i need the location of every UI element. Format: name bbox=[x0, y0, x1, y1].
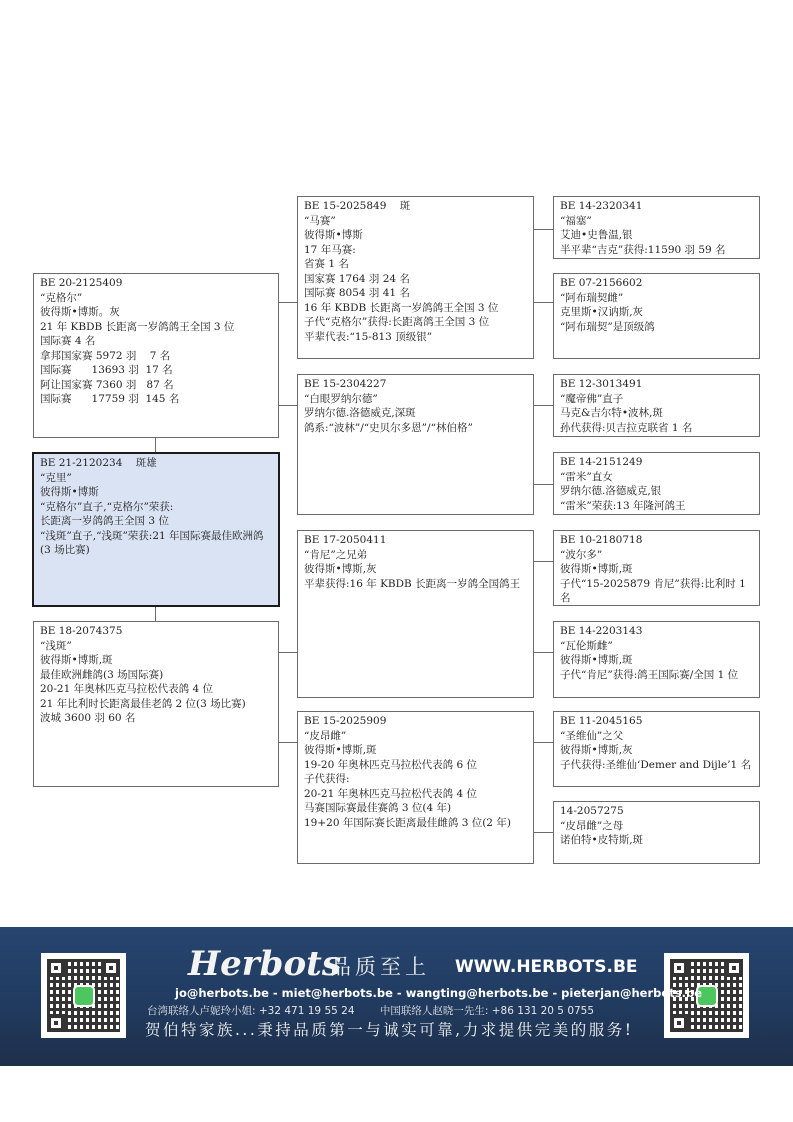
bird-name: “马赛” bbox=[304, 214, 527, 229]
contact-emails[interactable]: jo@herbots.be - miet@herbots.be - wangti… bbox=[175, 986, 702, 1000]
breeder: 诺伯特•皮特斯,斑 bbox=[560, 833, 753, 848]
result: 子代“克格尔”获得:长距离鸽王全国 3 位 bbox=[304, 315, 527, 330]
result: 21 年比利时长距离最佳老鸽 2 位(3 场比赛) bbox=[40, 697, 272, 712]
connector-ss-dam bbox=[533, 302, 553, 303]
bird-name: “圣维仙”之父 bbox=[560, 729, 753, 744]
connector-subject-to-dam bbox=[155, 606, 156, 622]
breeder: 罗纳尔德.洛德威克,深斑 bbox=[304, 406, 527, 421]
breeder: 克里斯•汉讷斯,灰 bbox=[560, 305, 753, 320]
connector-sd-dam bbox=[533, 484, 553, 485]
qr-finder-icon bbox=[725, 959, 743, 977]
qr-pattern bbox=[47, 959, 120, 1032]
result: “阿布瑞契”是顶级鸽 bbox=[560, 320, 753, 335]
contact-taiwan: 台湾联络人卢妮玲小姐: +32 471 19 55 24 bbox=[147, 1005, 355, 1017]
pedigree-card-dam-sire: BE 17-2050411 “肯尼”之兄弟 彼得斯•博斯,灰 平辈获得:16 年… bbox=[297, 530, 534, 698]
bird-name: “波尔多” bbox=[560, 548, 753, 563]
pedigree-card-ds-sire: BE 10-2180718 “波尔多” 彼得斯•博斯,斑 子代“15-20258… bbox=[553, 530, 760, 606]
result: 17 年马赛: bbox=[304, 243, 527, 258]
contact-phones: 台湾联络人卢妮玲小姐: +32 471 19 55 24 中国联络人赵晓一先生:… bbox=[147, 1003, 616, 1018]
bird-name: “阿布瑞契雌” bbox=[560, 291, 753, 306]
pedigree-card-ds-dam: BE 14-2203143 “瓦伦斯雌” 彼得斯•博斯,斑 子代“肯尼”获得:鸽… bbox=[553, 621, 760, 698]
bird-name: “克里” bbox=[40, 471, 272, 486]
connector-dam-to-dam-sire bbox=[278, 652, 297, 653]
result: 波城 3600 羽 60 名 bbox=[40, 711, 272, 726]
ring-number: BE 10-2180718 bbox=[560, 533, 753, 548]
result: 平辈代表:“15-813 顶级银” bbox=[304, 330, 527, 345]
bird-name: “瓦伦斯雌” bbox=[560, 639, 753, 654]
bird-name: “福塞” bbox=[560, 214, 753, 229]
pedigree-card-sire: BE 20-2125409 “克格尔” 彼得斯•博斯。灰 21 年 KBDB 长… bbox=[33, 273, 279, 438]
pedigree-card-dam-dam: BE 15-2025909 “皮昂雌” 彼得斯•博斯,斑 19-20 年奥林匹克… bbox=[297, 711, 534, 864]
bird-name: “皮昂雌” bbox=[304, 729, 527, 744]
ring-number: BE 14-2320341 bbox=[560, 199, 753, 214]
breeder: 彼得斯•博斯,斑 bbox=[40, 653, 272, 668]
connector-ds-dam bbox=[533, 652, 553, 653]
result: “浅斑”直子,“浅斑”荣获:21 年国际赛最佳欧洲鸽(3 场比赛) bbox=[40, 529, 272, 558]
result: 国际赛 8054 羽 41 名 bbox=[304, 286, 527, 301]
result: 半平辈“吉克”获得:11590 羽 59 名 bbox=[560, 243, 753, 258]
result: “雷米”荣获:13 年隆河鸽王 bbox=[560, 499, 753, 514]
website-link[interactable]: WWW.HERBOTS.BE bbox=[455, 957, 638, 977]
result: 孙代获得:贝吉拉克联省 1 名 bbox=[560, 421, 753, 436]
result: 国际赛 4 名 bbox=[40, 334, 272, 349]
qr-finder-icon bbox=[670, 959, 688, 977]
breeder: 彼得斯•博斯,斑 bbox=[560, 562, 753, 577]
result: 19+20 年国际赛长距离最佳雌鸽 3 位(2 年) bbox=[304, 816, 527, 831]
pedigree-card-subject: BE 21-2120234 斑雄 “克里” 彼得斯•博斯 “克格尔”直子,“克格… bbox=[32, 452, 280, 607]
result: 拿邦国家赛 5972 羽 7 名 bbox=[40, 349, 272, 364]
bird-name: “浅斑” bbox=[40, 639, 272, 654]
result: 马赛国际赛最佳赛鸽 3 位(4 年) bbox=[304, 801, 527, 816]
bird-name: “克格尔” bbox=[40, 291, 272, 306]
contact-china: 中国联络人赵晓一先生: +86 131 20 5 0755 bbox=[380, 1005, 594, 1017]
brand-slogan: 品质至上 bbox=[330, 951, 430, 981]
pedigree-card-ss-dam: BE 07-2156602 “阿布瑞契雌” 克里斯•汉讷斯,灰 “阿布瑞契”是顶… bbox=[553, 273, 760, 359]
result: 国家赛 1764 羽 24 名 bbox=[304, 272, 527, 287]
pedigree-card-sire-dam: BE 15-2304227 “白眼罗纳尔德” 罗纳尔德.洛德威克,深斑 鸽系:“… bbox=[297, 374, 534, 515]
ring-number: BE 15-2025909 bbox=[304, 714, 527, 729]
qr-finder-icon bbox=[102, 959, 120, 977]
result: 子代“15-2025879 肯尼”获得:比利时 1 名 bbox=[560, 577, 753, 606]
breeder: 艾迪•史鲁温,银 bbox=[560, 228, 753, 243]
ring-number: BE 07-2156602 bbox=[560, 276, 753, 291]
ring-number: 14-2057275 bbox=[560, 804, 753, 819]
breeder: 彼得斯•博斯。灰 bbox=[40, 305, 272, 320]
connector-sire-to-sire-dam bbox=[278, 405, 297, 406]
pedigree-card-sd-dam: BE 14-2151249 “雷米”直女 罗纳尔德.洛德威克,银 “雷米”荣获:… bbox=[553, 452, 760, 515]
connector-dam-to-dam-dam bbox=[278, 742, 297, 743]
qr-finder-icon bbox=[47, 959, 65, 977]
result: 16 年 KBDB 长距离一岁鸽鸽王全国 3 位 bbox=[304, 301, 527, 316]
ring-number: BE 20-2125409 bbox=[40, 276, 272, 291]
qr-finder-icon bbox=[670, 1014, 688, 1032]
bird-name: “皮昂雌”之母 bbox=[560, 819, 753, 834]
result: 国际赛 13693 羽 17 名 bbox=[40, 363, 272, 378]
result: 子代“肯尼”获得:鸽王国际赛/全国 1 位 bbox=[560, 668, 753, 683]
breeder: 罗纳尔德.洛德威克,银 bbox=[560, 484, 753, 499]
result: 平辈获得:16 年 KBDB 长距离一岁鸽全国鸽王 bbox=[304, 577, 527, 592]
connector-sire-to-sire-sire bbox=[278, 302, 297, 303]
breeder: 彼得斯•博斯 bbox=[304, 228, 527, 243]
connector-subject-to-sire bbox=[155, 437, 156, 453]
result: 阿让国家赛 7360 羽 87 名 bbox=[40, 378, 272, 393]
connector-sd-sire bbox=[533, 405, 553, 406]
ring-number: BE 14-2203143 bbox=[560, 624, 753, 639]
breeder: 马克&吉尔特•波林,斑 bbox=[560, 406, 753, 421]
breeder: 彼得斯•博斯 bbox=[40, 485, 272, 500]
line-app-icon bbox=[73, 985, 95, 1007]
ring-number: BE 11-2045165 bbox=[560, 714, 753, 729]
ring-number: BE 15-2025849 斑 bbox=[304, 199, 527, 214]
result: 国际赛 17759 羽 145 名 bbox=[40, 392, 272, 407]
connector-ss-sire bbox=[533, 229, 553, 230]
bird-name: “肯尼”之兄弟 bbox=[304, 548, 527, 563]
qr-code-line[interactable] bbox=[41, 953, 126, 1038]
pedigree-card-dd-sire: BE 11-2045165 “圣维仙”之父 彼得斯•博斯,灰 子代获得:圣维仙‘… bbox=[553, 711, 760, 787]
result: 长距离一岁鸽鸽王全国 3 位 bbox=[40, 514, 272, 529]
ring-number: BE 18-2074375 bbox=[40, 624, 272, 639]
result: 子代获得:圣维仙‘Demer and Dijle’1 名 bbox=[560, 758, 753, 773]
bird-name: “魔帝佛”直子 bbox=[560, 392, 753, 407]
breeder: 彼得斯•博斯,灰 bbox=[304, 562, 527, 577]
bird-name: “白眼罗纳尔德” bbox=[304, 392, 527, 407]
pedigree-card-sire-sire: BE 15-2025849 斑 “马赛” 彼得斯•博斯 17 年马赛: 省赛 1… bbox=[297, 196, 534, 359]
result: 19-20 年奥林匹克马拉松代表鸽 6 位 bbox=[304, 758, 527, 773]
result: 省赛 1 名 bbox=[304, 257, 527, 272]
pedigree-card-sd-sire: BE 12-3013491 “魔帝佛”直子 马克&吉尔特•波林,斑 孙代获得:贝… bbox=[553, 374, 760, 437]
connector-dd-dam bbox=[533, 832, 553, 833]
brand-logo: Herbots bbox=[188, 944, 341, 984]
result: 21 年 KBDB 长距离一岁鸽鸽王全国 3 位 bbox=[40, 320, 272, 335]
ring-number: BE 21-2120234 斑雄 bbox=[40, 456, 272, 471]
bird-name: “雷米”直女 bbox=[560, 470, 753, 485]
ring-number: BE 17-2050411 bbox=[304, 533, 527, 548]
ring-number: BE 15-2304227 bbox=[304, 377, 527, 392]
pedigree-card-dam: BE 18-2074375 “浅斑” 彼得斯•博斯,斑 最佳欧洲雌鸽(3 场国际… bbox=[33, 621, 279, 787]
ring-number: BE 14-2151249 bbox=[560, 455, 753, 470]
company-motto: 贺伯特家族...秉持品质第一与诚实可靠,力求提供完美的服务! bbox=[145, 1018, 633, 1040]
breeder: 彼得斯•博斯,斑 bbox=[560, 653, 753, 668]
breeder: 彼得斯•博斯,灰 bbox=[560, 743, 753, 758]
ring-number: BE 12-3013491 bbox=[560, 377, 753, 392]
connector-dd-sire bbox=[533, 742, 553, 743]
result: 最佳欧洲雌鸽(3 场国际赛) bbox=[40, 668, 272, 683]
pedigree-card-dd-dam: 14-2057275 “皮昂雌”之母 诺伯特•皮特斯,斑 bbox=[553, 801, 760, 864]
result: 20-21 年奥林匹克马拉松代表鸽 4 位 bbox=[40, 682, 272, 697]
result: “克格尔”直子,“克格尔”荣获: bbox=[40, 500, 272, 515]
result: 20-21 年奥林匹克马拉松代表鸽 4 位 bbox=[304, 787, 527, 802]
pedigree-card-ss-sire: BE 14-2320341 “福塞” 艾迪•史鲁温,银 半平辈“吉克”获得:11… bbox=[553, 196, 760, 259]
breeder: 彼得斯•博斯,斑 bbox=[304, 743, 527, 758]
result: 鸽系:“波林”/“史贝尔多恩”/“林伯格” bbox=[304, 421, 527, 436]
connector-ds-sire bbox=[533, 561, 553, 562]
qr-finder-icon bbox=[47, 1014, 65, 1032]
result: 子代获得: bbox=[304, 772, 527, 787]
